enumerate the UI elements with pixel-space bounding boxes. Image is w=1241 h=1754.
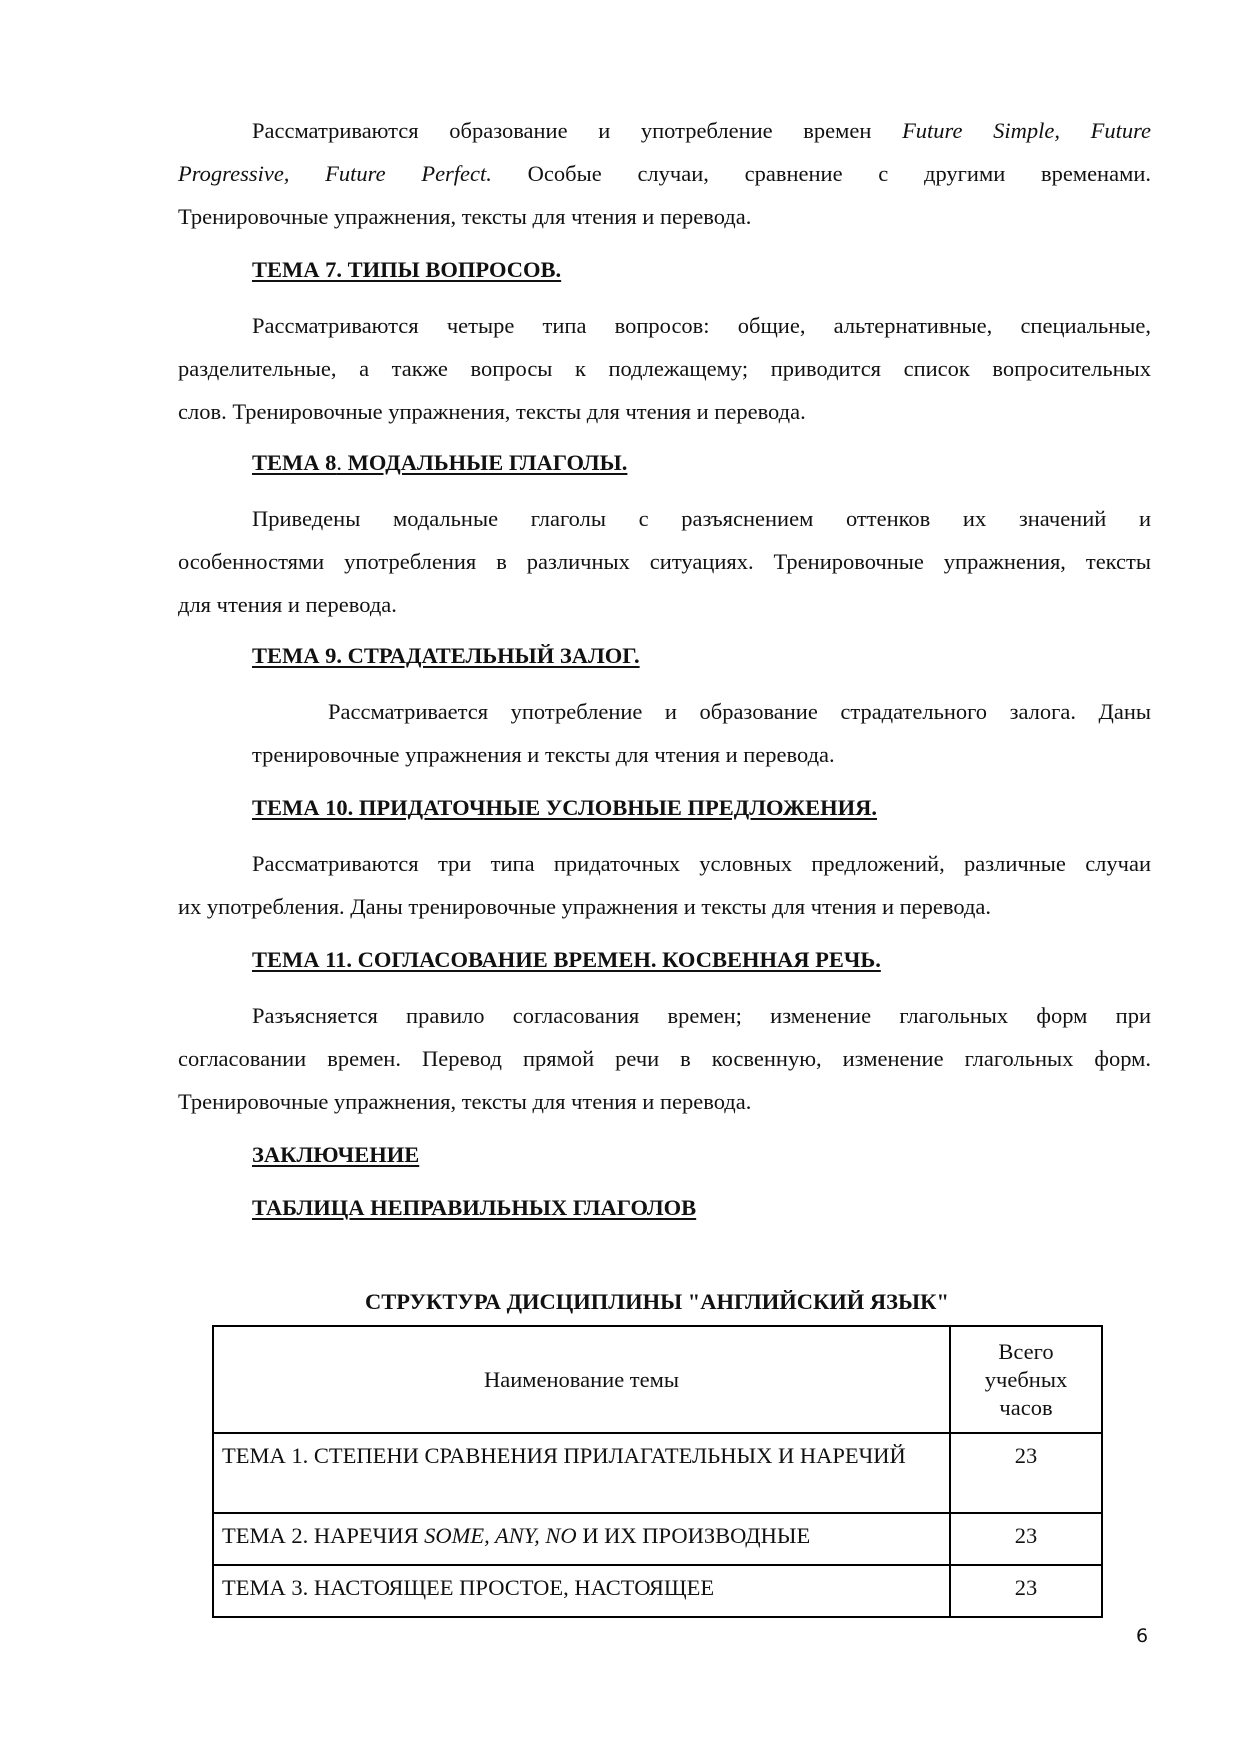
- topic9-heading: ТЕМА 9. СТРАДАТЕЛЬНЫЙ ЗАЛОГ.: [252, 642, 640, 670]
- text-span: Особые случаи, сравнение с другими време…: [492, 161, 1151, 186]
- header-total-hours: Всего учебных часов: [950, 1326, 1102, 1433]
- structure-table-title: СТРУКТУРА ДИСЦИПЛИНЫ "АНГЛИЙСКИЙ ЯЗЫК": [212, 1288, 1102, 1316]
- topic11-heading: ТЕМА 11. СОГЛАСОВАНИЕ ВРЕМЕН. КОСВЕННАЯ …: [252, 946, 881, 974]
- conclusion-heading: ЗАКЛЮЧЕНИЕ: [252, 1141, 419, 1169]
- table-header-row: Наименование темы Всего учебных часов: [213, 1326, 1102, 1433]
- page-number: 6: [1136, 1625, 1148, 1647]
- table-row: ТЕМА 1. СТЕПЕНИ СРАВНЕНИЯ ПРИЛАГАТЕЛЬНЫХ…: [213, 1433, 1102, 1513]
- header-hours-line: Всего: [955, 1338, 1097, 1366]
- text-span: Рассматриваются образование и употреблен…: [252, 118, 902, 143]
- heading-part: МОДАЛЬНЫЕ ГЛАГОЛЫ.: [342, 450, 627, 475]
- hours-cell: 23: [950, 1565, 1102, 1617]
- table-row: ТЕМА 3. НАСТОЯЩЕЕ ПРОСТОЕ, НАСТОЯЩЕЕ 23: [213, 1565, 1102, 1617]
- italic-tense-names: Future Simple, Future: [902, 118, 1151, 143]
- table-row: ТЕМА 2. НАРЕЧИЯ SOME, ANY, NO И ИХ ПРОИЗ…: [213, 1513, 1102, 1565]
- topic7-paragraph-line: Рассматриваются четыре типа вопросов: об…: [252, 312, 1151, 340]
- header-hours-line: учебных: [955, 1366, 1097, 1394]
- topic10-paragraph-line: их употребления. Даны тренировочные упра…: [178, 893, 1151, 921]
- hours-cell: 23: [950, 1433, 1102, 1513]
- topic7-paragraph-line: слов. Тренировочные упражнения, тексты д…: [178, 398, 1151, 426]
- heading-part: ТЕМА 8: [252, 450, 336, 475]
- topic11-paragraph-line: согласовании времен. Перевод прямой речи…: [178, 1045, 1151, 1073]
- topic9-paragraph-line: Рассматривается употребление и образован…: [328, 698, 1151, 726]
- topic-name-cell: ТЕМА 3. НАСТОЯЩЕЕ ПРОСТОЕ, НАСТОЯЩЕЕ: [213, 1565, 950, 1617]
- topic6-paragraph-line: Тренировочные упражнения, тексты для чте…: [178, 203, 1151, 231]
- topic7-paragraph-line: разделительные, а также вопросы к подлеж…: [178, 355, 1151, 383]
- italic-tense-names: Progressive, Future Perfect.: [178, 161, 492, 186]
- topic8-paragraph-line: особенностями употребления в различных с…: [178, 548, 1151, 576]
- topic9-paragraph-line: тренировочные упражнения и тексты для чт…: [252, 741, 1151, 769]
- topic7-heading: ТЕМА 7. ТИПЫ ВОПРОСОВ.: [252, 256, 561, 284]
- topic8-paragraph-line: Приведены модальные глаголы с разъяснени…: [252, 505, 1151, 533]
- document-page: Рассматриваются образование и употреблен…: [0, 0, 1241, 1754]
- topic8-heading: ТЕМА 8. МОДАЛЬНЫЕ ГЛАГОЛЫ.: [252, 449, 627, 477]
- topic10-paragraph-line: Рассматриваются три типа придаточных усл…: [252, 850, 1151, 878]
- topic6-paragraph-line: Рассматриваются образование и употреблен…: [252, 117, 1151, 145]
- topic10-heading: ТЕМА 10. ПРИДАТОЧНЫЕ УСЛОВНЫЕ ПРЕДЛОЖЕНИ…: [252, 794, 877, 822]
- structure-table: Наименование темы Всего учебных часов ТЕ…: [212, 1325, 1103, 1618]
- header-hours-line: часов: [955, 1394, 1097, 1422]
- italic-words: SOME, ANY, NO: [424, 1523, 577, 1548]
- topic11-paragraph-line: Тренировочные упражнения, тексты для чте…: [178, 1088, 1151, 1116]
- topic-name-cell: ТЕМА 2. НАРЕЧИЯ SOME, ANY, NO И ИХ ПРОИЗ…: [213, 1513, 950, 1565]
- topic8-paragraph-line: для чтения и перевода.: [178, 591, 1151, 619]
- topic11-paragraph-line: Разъясняется правило согласования времен…: [252, 1002, 1151, 1030]
- topic6-paragraph-line: Progressive, Future Perfect. Особые случ…: [178, 160, 1151, 188]
- text-span: ТЕМА 2. НАРЕЧИЯ: [222, 1523, 424, 1548]
- text-span: И ИХ ПРОИЗВОДНЫЕ: [577, 1523, 811, 1548]
- hours-cell: 23: [950, 1513, 1102, 1565]
- topic-name-cell: ТЕМА 1. СТЕПЕНИ СРАВНЕНИЯ ПРИЛАГАТЕЛЬНЫХ…: [213, 1433, 950, 1513]
- header-topic-name: Наименование темы: [213, 1326, 950, 1433]
- irregular-verbs-heading: ТАБЛИЦА НЕПРАВИЛЬНЫХ ГЛАГОЛОВ: [252, 1194, 696, 1222]
